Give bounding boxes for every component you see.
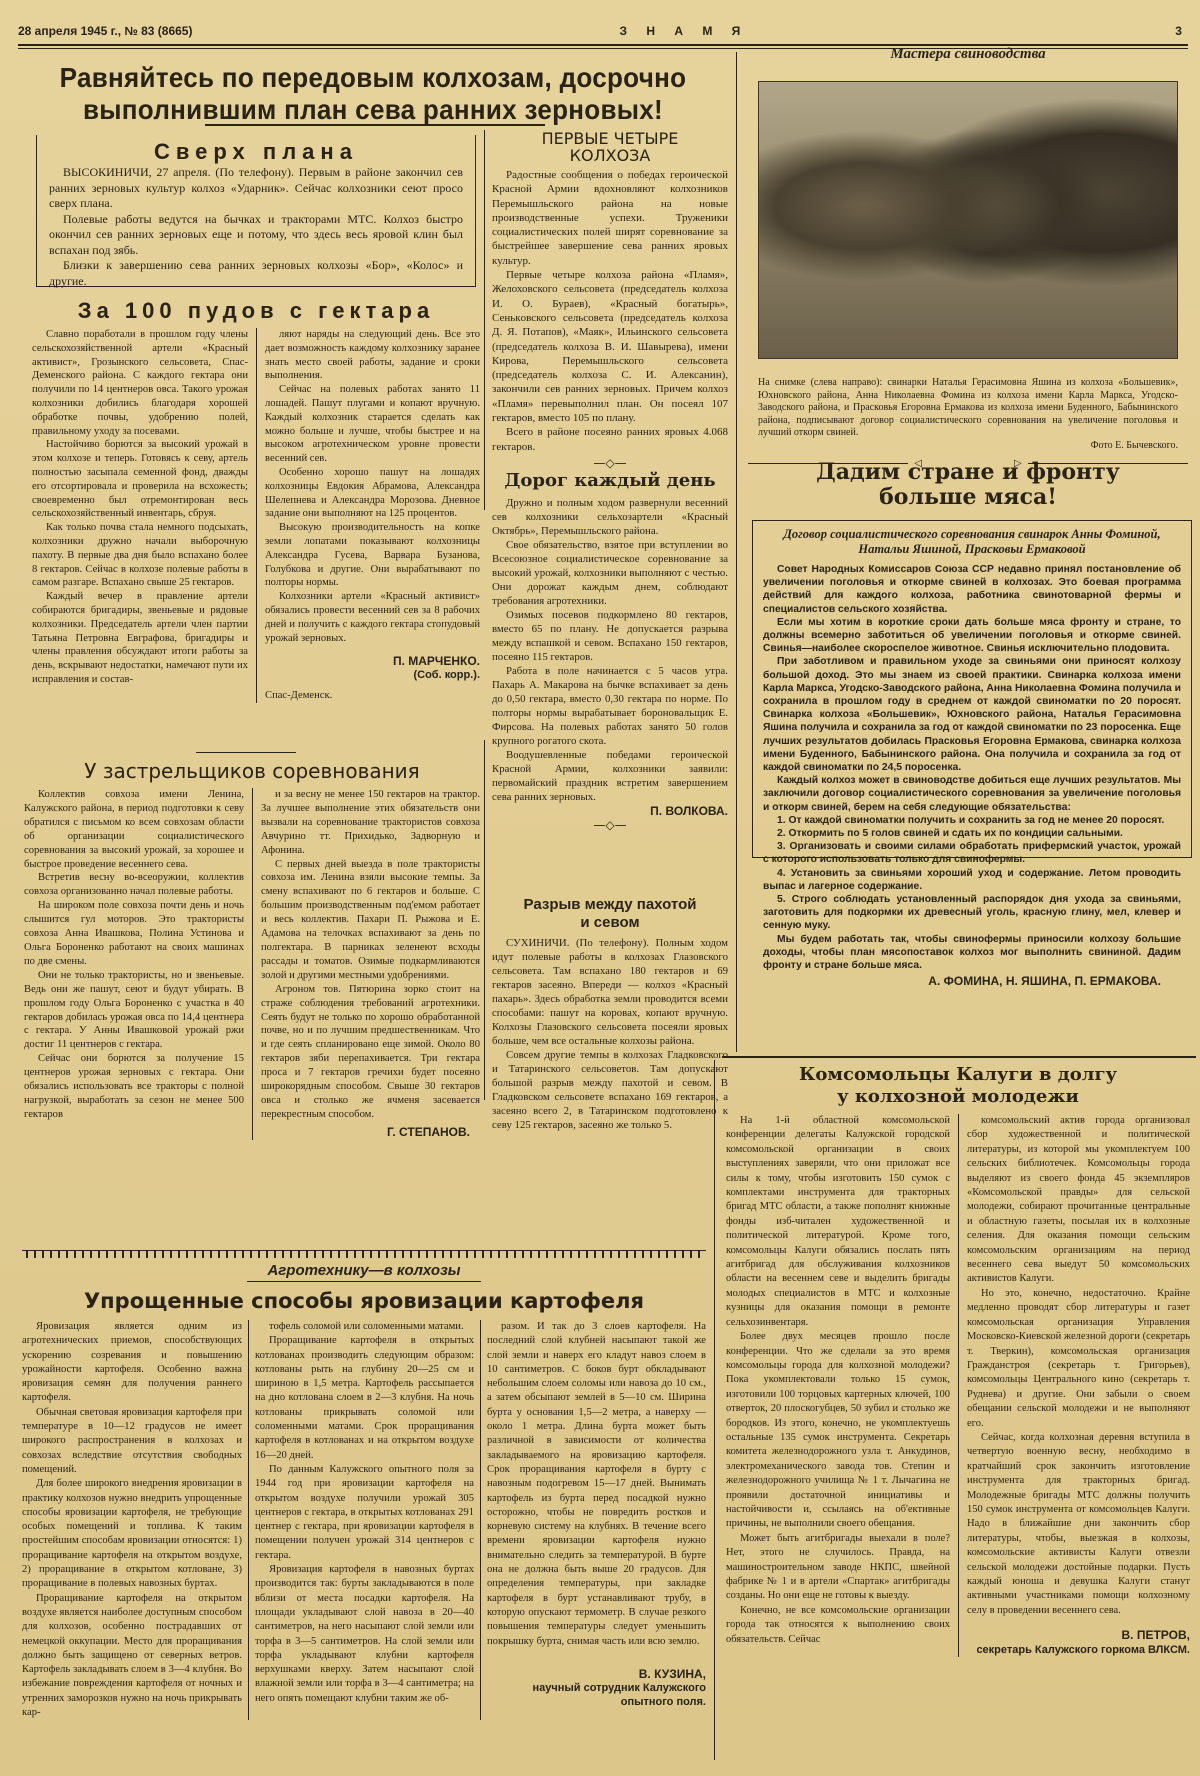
paragraph: Славно поработали в прошлом году члены с… (32, 328, 248, 438)
article-razryv: Разрыв между пахотой и севом СУХИНИЧИ. (… (492, 896, 728, 1132)
rubric: Агротехнику—в колхозы (247, 1262, 480, 1282)
column-divider (484, 130, 485, 510)
obligation-item: 1. От каждой свиноматки получить и сохра… (763, 814, 1181, 827)
article-sverh-plana: Сверх плана ВЫСОКИНИЧИ, 27 апреля. (По т… (36, 135, 476, 287)
wavy-divider (22, 1250, 706, 1258)
paragraph: Радостные сообщения о победах героическо… (492, 168, 728, 268)
paragraph: При заботливом и правильном уходе за сви… (763, 655, 1181, 774)
paragraph: Конечно, не все комсомольские организаци… (726, 1604, 950, 1647)
paragraph: На 1-й областной комсомольской конференц… (726, 1114, 950, 1330)
section-rule (196, 752, 296, 753)
paragraph: Как только почва стала немного подсыхать… (32, 521, 248, 590)
article-title: Дадим стране и фронту больше мяса! (748, 460, 1188, 510)
ornament-divider: —◇— (492, 456, 728, 470)
paragraph: С первых дней выезда в поле трактористы … (261, 858, 480, 983)
title-line-1: Разрыв между пахотой (492, 896, 728, 914)
myaso-box: Договор социалистического соревнования с… (752, 520, 1192, 858)
paragraph: Мы будем работать так, чтобы свинофермы … (763, 933, 1181, 973)
paragraph: ВЫСОКИНИЧИ, 27 апреля. (По телефону). Пе… (49, 165, 463, 212)
obligation-item: 5. Строго соблюдать установленный распор… (763, 893, 1181, 933)
obligation-item: 2. Откормить по 5 голов свиней и сдать и… (763, 827, 1181, 840)
dateline: Спас-Деменск. (265, 689, 480, 703)
article-zastrelschiki: У застрельщиков соревнования Коллектив с… (24, 760, 480, 1140)
title-line-2: у колхозной молодежи (726, 1086, 1190, 1108)
paragraph: Первые четыре колхоза района «Пламя», Же… (492, 268, 728, 425)
paragraph: Совет Народных Комиссаров Союза ССР неда… (763, 563, 1181, 616)
newspaper-page: 28 апреля 1945 г., № 83 (8665) З Н А М Я… (0, 0, 1200, 1776)
title-line-1: Комсомольцы Калуги в долгу (726, 1064, 1190, 1086)
paragraph: комсомольский актив города организовал с… (967, 1114, 1190, 1287)
article-title: За 100 пудов с гектара (32, 298, 480, 324)
paragraph: Проращивание картофеля на открытом возду… (22, 1592, 242, 1721)
article-sto-pudov: За 100 пудов с гектара Славно поработали… (32, 298, 480, 703)
paragraph: Каждый вечер в правление артели собирают… (32, 590, 248, 687)
article-agrotech: Агротехнику—в колхозы Упрощенные способы… (22, 1262, 706, 1720)
obligation-item: 4. Установить за свиньями хороший уход и… (763, 867, 1181, 893)
article-title: Комсомольцы Калуги в долгу у колхозной м… (726, 1064, 1190, 1108)
section-rule (722, 1056, 1196, 1058)
column-divider (736, 52, 737, 1052)
title-line-2: больше мяса! (748, 485, 1188, 510)
article-subtitle: Договор социалистического соревнования с… (763, 527, 1181, 557)
paragraph: Каждый колхоз может в свиноводстве добит… (763, 774, 1181, 814)
paragraph: Проращивание картофеля в открытых котлов… (255, 1334, 474, 1463)
paragraph: Работа в поле начинается с 5 часов утра.… (492, 664, 728, 748)
paragraph: Колхозники артели «Красный активист» обя… (265, 590, 480, 645)
paragraph: Более двух месяцев прошло после конферен… (726, 1330, 950, 1532)
paragraph: Полевые работы ведутся на бычках и тракт… (49, 212, 463, 259)
paragraph: разом. И так до 3 слоев картофеля. На по… (487, 1320, 706, 1649)
author-role: секретарь Калужского горкома ВЛКСМ. (967, 1643, 1190, 1657)
paragraph: Высокую производительность на копке земл… (265, 521, 480, 590)
photo-heading: Мастера свиноводства (748, 46, 1188, 63)
photo-credit: Фото Е. Бычевского. (758, 440, 1178, 453)
article-title: Разрыв между пахотой и севом (492, 896, 728, 932)
author: П. ВОЛКОВА. (492, 804, 728, 818)
article-pervye-chetyre: ПЕРВЫЕ ЧЕТЫРЕ КОЛХОЗА Радостные сообщени… (492, 130, 728, 470)
article-title: У застрельщиков соревнования (24, 760, 480, 782)
banner-headline: Равняйтесь по передовым колхозам, досроч… (45, 62, 702, 126)
title-line-1: ПЕРВЫЕ ЧЕТЫРЕ (492, 130, 728, 147)
banner-line-1: Равняйтесь по передовым колхозам, досроч… (45, 62, 702, 94)
paragraph: На широком поле совхоза почти день и ноч… (24, 899, 244, 969)
paragraph: Свое обязательство, взятое при вступлени… (492, 538, 728, 608)
signatures: А. ФОМИНА, Н. ЯШИНА, П. ЕРМАКОВА. (763, 974, 1161, 988)
title-line-2: и севом (492, 914, 728, 932)
paragraph: Сейчас они борются за получение 15 центн… (24, 1052, 244, 1122)
paragraph: ляют наряды на следующий день. Все это д… (265, 328, 480, 383)
paragraph: Настойчиво борются за высокий урожай в э… (32, 438, 248, 521)
paragraph: Яровизация является одним из агротехниче… (22, 1320, 242, 1406)
paragraph: По данным Калужского опытного поля за 19… (255, 1463, 474, 1563)
paragraph: Обычная световая яровизация картофеля пр… (22, 1406, 242, 1477)
paragraph: Они не только трактористы, но и звеньевы… (24, 969, 244, 1052)
paragraph: Коллектив совхоза имени Ленина, Калужско… (24, 788, 244, 871)
paragraph: Воодушевленные победами героической Крас… (492, 748, 728, 804)
paragraph: Сейчас на полевых работах занято 11 лоша… (265, 383, 480, 466)
paragraph: Но это, конечно, недостаточно. Крайне ме… (967, 1287, 1190, 1431)
banner-underline (205, 124, 545, 126)
paragraph: Совсем другие темпы в колхозах Гладковск… (492, 1048, 728, 1132)
author-role: научный сотрудник Калужского опытного по… (487, 1681, 706, 1710)
paragraph: Дружно и полным ходом развернули весенни… (492, 496, 728, 538)
paragraph: Сейчас, когда колхозная деревня вступила… (967, 1431, 1190, 1618)
article-komsomol: Комсомольцы Калуги в долгу у колхозной м… (726, 1064, 1190, 1657)
author: П. МАРЧЕНКО. (393, 654, 480, 668)
paragraph: Яровизация картофеля в навозных буртах п… (255, 1563, 474, 1706)
article-myaso: Дадим стране и фронту больше мяса! (748, 460, 1188, 510)
paragraph: Агроном тов. Пятюрина зорко стоит на стр… (261, 983, 480, 1122)
banner-line-2: выполнившим план сева ранних зерновых! (45, 94, 702, 126)
author: В. ПЕТРОВ, (1122, 1628, 1190, 1642)
obligation-item: 3. Организовать и своими силами обработа… (763, 840, 1181, 866)
paragraph: СУХИНИЧИ. (По телефону). Полным ходом ид… (492, 936, 728, 1048)
column-divider (714, 1060, 715, 1760)
masthead: 28 апреля 1945 г., № 83 (8665) З Н А М Я… (18, 20, 1182, 42)
paragraph: Если мы хотим в короткие сроки дать боль… (763, 616, 1181, 656)
paragraph: Для более широкого внедрения яровизации … (22, 1477, 242, 1591)
author-role: (Соб. корр.). (265, 669, 480, 683)
title-line-1: Дадим стране и фронту (748, 460, 1188, 485)
paragraph: Всего в районе посеяно ранних яровых 4.0… (492, 425, 728, 454)
issue-date: 28 апреля 1945 г., № 83 (8665) (18, 24, 192, 38)
article-title: ПЕРВЫЕ ЧЕТЫРЕ КОЛХОЗА (492, 130, 728, 164)
paragraph: Встретив весну во-всеоружии, коллектив с… (24, 871, 244, 899)
author: В. КУЗИНА, (639, 1667, 706, 1681)
photo-three-pig-farmers (758, 81, 1178, 359)
article-dorog-den: Дорог каждый день Дружно и полным ходом … (492, 470, 728, 832)
column-divider (484, 740, 485, 1100)
ornament-divider: —◇— (492, 818, 728, 832)
photo-caption: На снимке (слева направо): свинарки Ната… (758, 377, 1178, 438)
paragraph: тофель соломой или соломенными матами. (255, 1320, 474, 1334)
article-title: Дорог каждый день (492, 470, 728, 492)
title-line-2: КОЛХОЗА (492, 147, 728, 164)
author: Г. СТЕПАНОВ. (261, 1126, 470, 1140)
paper-name: З Н А М Я (619, 24, 748, 38)
paragraph: Особенно хорошо пашут на лошадях колхозн… (265, 466, 480, 521)
paragraph: Может быть агитбригады выехали в поле? Н… (726, 1532, 950, 1604)
paragraph: и за весну не менее 150 гектаров на трак… (261, 788, 480, 858)
page-number: 3 (1175, 24, 1182, 38)
paragraph: Озимых посевов подкормлено 80 гектаров, … (492, 608, 728, 664)
photo-feature: Мастера свиноводства На снимке (слева на… (748, 46, 1188, 469)
article-title: Сверх плана (49, 139, 463, 165)
paragraph: Близки к завершению сева ранних зерновых… (49, 258, 463, 289)
article-title: Упрощенные способы яровизации картофеля (22, 1290, 706, 1312)
